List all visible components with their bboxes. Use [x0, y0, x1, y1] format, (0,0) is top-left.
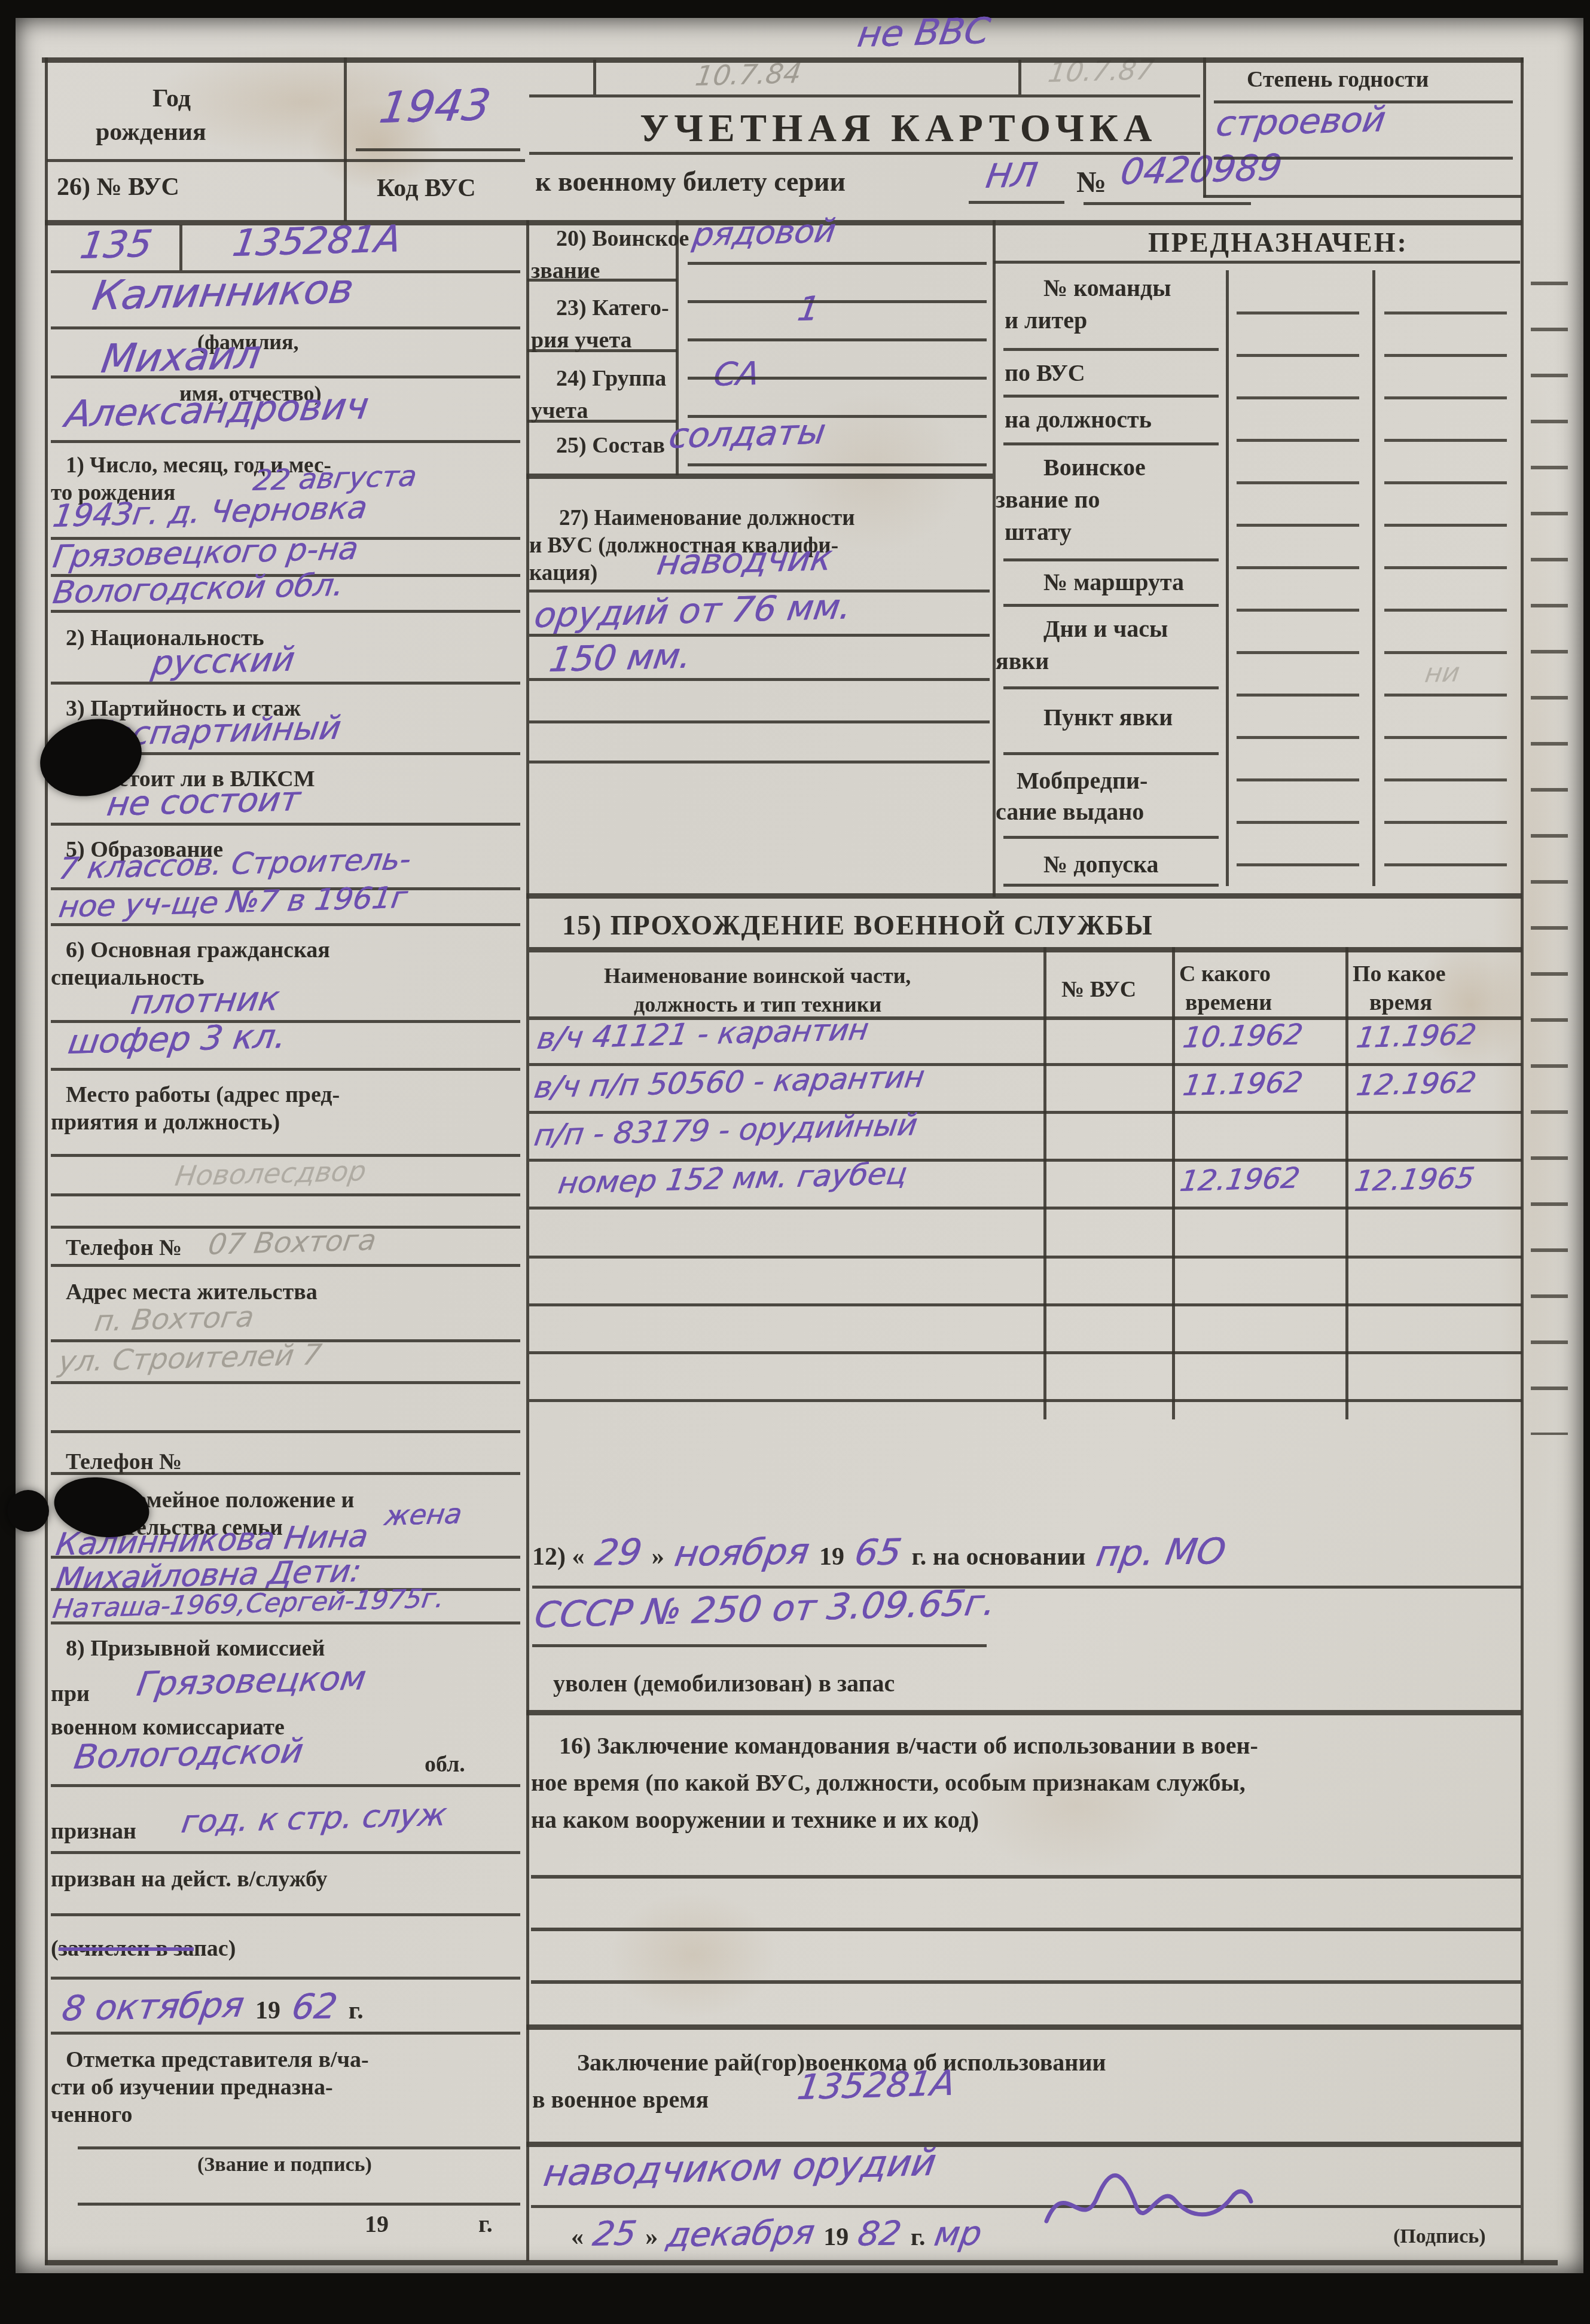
addr-label: Адрес места жительства: [66, 1279, 318, 1305]
s7-label-1: Семейное положение и: [120, 1488, 354, 1513]
service-top-border: [529, 947, 1522, 952]
f23-label-1: 23) Катего-: [556, 295, 669, 321]
reserve-underline: [51, 1977, 520, 1980]
dest-title: ПРЕДНАЗНАЧЕН:: [1148, 227, 1408, 258]
s16-blank-line-3: [531, 1980, 1521, 1984]
f20-label-1: 20) Воинское: [556, 226, 689, 252]
service-blank-line-3: [529, 1351, 1522, 1354]
s12-bottom-line: [526, 1710, 1522, 1715]
service-row2-from: 11.1962: [1181, 1068, 1305, 1100]
s16-blank-line-1: [531, 1875, 1521, 1879]
phone2-underline: [51, 1472, 520, 1475]
service-row2-to: 12.1962: [1354, 1068, 1478, 1100]
birth-year-value: 1943: [377, 83, 493, 129]
hole-punch-2-edge: [7, 1490, 49, 1532]
s8-label-1: 8) Призывной комиссией: [66, 1636, 325, 1662]
sign-caption: (Подпись): [1393, 2225, 1486, 2248]
service-vline-3: [1345, 947, 1348, 1419]
s5-underline-2: [51, 923, 520, 926]
dest-row2-label: по ВУС: [1005, 360, 1085, 387]
dest-row6-label-2: явки: [996, 648, 1049, 675]
f24-label-underline: [527, 420, 677, 423]
f24-value: СА: [712, 358, 761, 391]
title-underline: [529, 152, 1200, 155]
s7-underline-3: [51, 1621, 520, 1624]
s1-hw-line-3: Вологодской обл.: [51, 570, 346, 609]
mid-right-divider: [993, 220, 996, 897]
dest-row8-label-2: сание выдано: [996, 799, 1144, 826]
enlist-date-hw-2: 62: [289, 1986, 340, 2027]
dest-row4-label-2: звание по: [996, 487, 1100, 514]
dest-row5-label: № маршрута: [1043, 569, 1184, 596]
f25-value: солдаты: [667, 414, 828, 453]
f20-label-underline: [527, 279, 677, 282]
birth-year-label: Год: [152, 85, 191, 113]
s8-hw-2: Вологодской: [72, 1734, 305, 1775]
left-column-divider: [526, 220, 529, 2261]
name-underline: [51, 375, 520, 378]
dest-bottom-border: [526, 893, 1522, 899]
signature-scribble: [1040, 2164, 1256, 2242]
service-blank-line-1: [529, 1256, 1522, 1259]
f27-underline-3: [529, 678, 990, 681]
mid-value-line-5: [688, 415, 987, 418]
commissar-d-p4: г.: [911, 2223, 926, 2252]
service-col-from-1: С какого: [1179, 961, 1271, 987]
s2-underline: [51, 682, 520, 685]
pencil-date-1: 10.7.84: [694, 59, 803, 90]
mid-f27-separator: [526, 474, 993, 479]
reserve-open: (: [51, 1936, 59, 1961]
s1-hw-line-1: 1943г. д. Черновка: [51, 492, 369, 532]
birth-year-underline: [356, 148, 520, 151]
commissar-d-p2: »: [645, 2223, 658, 2252]
f27-line-1: наводчик: [655, 540, 834, 580]
mark-label-2: сти об изучении предназна-: [51, 2075, 333, 2100]
rank-underline-1: [78, 2146, 520, 2149]
commissar-hw-line: наводчиком орудий: [541, 2144, 938, 2192]
s8-pre: при: [51, 1681, 90, 1707]
addr-underline-3: [51, 1430, 520, 1433]
service-col-from-2: времени: [1185, 990, 1272, 1016]
s8-hw-3: год. к стр. служ: [179, 1800, 448, 1838]
year-print: 19: [365, 2211, 389, 2238]
surname-value: Калинников: [90, 269, 356, 317]
mid-value-line-1: [688, 262, 987, 265]
s12-hw-month: ноября: [672, 1531, 812, 1575]
series-underline: [969, 201, 1064, 204]
service-row4-line: [529, 1207, 1522, 1210]
military-registration-card-scan: не ВВС 10.7.84 10.7.87 Год рождения 1943…: [0, 0, 1590, 2324]
series-value: НЛ: [984, 159, 1039, 194]
year-suffix: г.: [478, 2211, 493, 2238]
work-underline-2: [51, 1193, 520, 1196]
service-row4-from: 12.1962: [1178, 1163, 1302, 1196]
dest-row2-underline: [1003, 395, 1219, 398]
dates-underline: [529, 94, 1200, 97]
service-row3-line: [529, 1159, 1522, 1162]
mid-value-line-4: [688, 377, 987, 380]
s16-blank-line-2: [531, 1928, 1521, 1931]
commissar-d-hw2: декабря: [664, 2213, 817, 2255]
s8-hw-1: Грязовецком: [135, 1662, 368, 1702]
called-underline: [51, 1913, 520, 1916]
vus-no-value: 135: [78, 225, 154, 264]
mark-label-3: ченного: [51, 2102, 132, 2128]
dest-row3-underline: [1003, 442, 1219, 445]
mid-value-line-3: [688, 338, 987, 341]
pen-note-top: не ВВС: [855, 13, 992, 53]
s1-hw-line-2: Грязовецкого р-на: [51, 533, 360, 573]
dest-row4-underline: [1003, 558, 1219, 561]
mid-value-line-6: [688, 463, 987, 466]
card-title: УЧЕТНАЯ КАРТОЧКА: [640, 106, 1158, 151]
enlist-date-row: 8 октября 19 62 г.: [63, 1986, 364, 2027]
commissar-top-line: [526, 2024, 1522, 2030]
dest-row1-underline: [1003, 348, 1219, 351]
service-row1-from: 10.1962: [1181, 1020, 1305, 1052]
form-bottom-border: [45, 2260, 1558, 2265]
reserve-struck-part: зачислен в за: [59, 1936, 194, 1961]
form-top-border: [42, 57, 1524, 63]
addr-underline-2: [51, 1381, 520, 1384]
enlist-date-hw-1: 8 октября: [59, 1984, 247, 2029]
s6-label-1: 6) Основная гражданская: [66, 937, 330, 963]
addr-line-1: п. Вохтога: [93, 1303, 256, 1336]
f27-label-3: кация): [529, 561, 597, 585]
fitness-value-underline: [1214, 157, 1513, 160]
s16-label-1: 16) Заключение командования в/части об и…: [559, 1733, 1258, 1760]
dest-row4-label-1: Воинское: [1043, 454, 1146, 481]
dest-row1-label-2: и литер: [1005, 307, 1087, 334]
fitness-value: строевой: [1214, 102, 1388, 141]
addr-line-2: ул. Строителей 7: [57, 1340, 324, 1376]
work-label-2: приятия и должность): [51, 1110, 280, 1135]
dest-row8-underline: [1003, 836, 1219, 839]
f27-underline-2: [529, 634, 990, 637]
dest-row8-label-1: Мобпредпи-: [1017, 768, 1148, 795]
number-underline: [1084, 202, 1251, 205]
s8-priznan: признан: [51, 1819, 136, 1844]
called-label: призван на дейст. в/службу: [51, 1867, 328, 1892]
s1-underline-3: [51, 610, 520, 613]
service-col-vus: № ВУС: [1061, 977, 1136, 1003]
topbox-divider: [344, 57, 347, 221]
s12-line-1: 12) « 29 » ноября 19 65 г. на основании …: [532, 1532, 1225, 1574]
dest-row1-label-1: № команды: [1043, 275, 1171, 302]
patronymic-underline: [51, 440, 520, 443]
s1-hw-inline: 22 августа: [251, 462, 419, 495]
commissar-d-p3: 19: [823, 2223, 849, 2252]
rank-underline-2: [78, 2203, 520, 2206]
mark-label-1: Отметка представителя в/ча-: [66, 2047, 369, 2073]
work-label-1: Место работы (адрес пред-: [66, 1082, 340, 1108]
s16-label-2: ное время (по какой ВУС, должности, особ…: [531, 1770, 1246, 1797]
topbox-row-line: [47, 159, 525, 162]
s12-p1: 12) «: [532, 1543, 585, 1571]
reserve-rest: пас): [194, 1936, 236, 1961]
dest-col-divider-1: [1226, 270, 1229, 886]
dest-row5-underline: [1003, 604, 1219, 607]
s6-line-1: плотник: [129, 982, 282, 1020]
s12-p4: г. на основании: [911, 1543, 1085, 1571]
f27-underline-5: [529, 761, 990, 764]
service-row1-to: 11.1962: [1354, 1020, 1478, 1052]
service-row2-line: [529, 1111, 1522, 1114]
service-col-to-1: По какое: [1353, 961, 1446, 987]
reserve-label: (зачислен в запас): [51, 1936, 236, 1962]
s12-p2: »: [652, 1543, 664, 1571]
dest-row6-label-1: Дни и часы: [1043, 616, 1168, 643]
service-vline-2: [1172, 947, 1175, 1419]
phone2-label: Телефон №: [66, 1449, 182, 1475]
dest-row7-label: Пункт явки: [1043, 704, 1173, 731]
f25-label: 25) Состав: [556, 433, 665, 459]
form-left-border: [45, 57, 48, 2265]
number-sign: №: [1076, 165, 1106, 198]
s12-underline-2: [532, 1644, 987, 1647]
dest-row9-underline: [1003, 884, 1219, 887]
service-blank-line-2: [529, 1303, 1522, 1306]
f27-underline-4: [529, 720, 990, 723]
f27-label-1: 27) Наименование должности: [559, 506, 855, 530]
service-blank-line-4: [529, 1399, 1522, 1402]
dest-title-underline: [994, 261, 1520, 264]
fitness-label: Степень годности: [1247, 67, 1429, 93]
commissar-label-2: в военное время: [532, 2087, 709, 2114]
first-name-value: Михаил: [99, 335, 263, 379]
f24-label-1: 24) Группа: [556, 366, 666, 392]
birth-year-label-2: рождения: [96, 118, 206, 146]
service-row1-line: [529, 1063, 1522, 1066]
patronymic-value: Александрович: [63, 387, 371, 433]
right-margin-dashes: [1531, 239, 1568, 1435]
commissar-mid-line: [526, 2142, 1522, 2147]
f27-line-2: орудий от 76 мм.: [532, 589, 853, 633]
s12-underline-1: [532, 1586, 1522, 1589]
vus-code-label: Код ВУС: [377, 175, 476, 203]
s12-p3: 19: [819, 1543, 844, 1571]
f23-label-underline: [527, 349, 677, 352]
fitness-box-left: [1203, 57, 1206, 197]
service-col-to-2: время: [1369, 990, 1432, 1016]
s7-hw-inline: жена: [383, 1500, 463, 1529]
dest-row7-underline: [1003, 752, 1219, 755]
service-vline-1: [1043, 947, 1046, 1419]
s8-underline-2: [51, 1851, 520, 1854]
service-col-unit-1: Наименование воинской части,: [604, 964, 911, 988]
dest-pencil-note: ни: [1423, 659, 1461, 687]
s6-line-2: шофер 3 кл.: [66, 1020, 288, 1059]
service-row1-unit: в/ч 41121 - карантин: [535, 1015, 871, 1053]
s8-obl: обл.: [425, 1752, 465, 1778]
s4-underline: [51, 823, 520, 826]
s16-label-3: на каком вооружении и технике и их код): [531, 1807, 979, 1834]
s12-hw-tail: пр. МО: [1093, 1531, 1228, 1575]
dest-row3-label: на должность: [1005, 407, 1152, 433]
commissar-d-hw4: мр: [932, 2214, 984, 2254]
s6-underline-2: [51, 1068, 520, 1071]
s4-value: не состоит: [105, 783, 302, 822]
mid-value-line-2: [688, 300, 987, 303]
work-pencil-value: Новолесдвор: [173, 1157, 368, 1190]
date-cell-tick-2: [1018, 60, 1021, 94]
s12-hw-year: 65: [852, 1531, 904, 1574]
vus-code-value: 135281А: [230, 220, 404, 262]
dest-value-dashes-col2: [1384, 272, 1507, 885]
dest-col-divider-2: [1372, 270, 1375, 886]
enlist-date-print-1: 19: [255, 1996, 280, 2025]
date-cell-tick-1: [593, 60, 596, 94]
service-heading: 15) ПРОХОЖДЕНИЕ ВОЕННОЙ СЛУЖБЫ: [562, 910, 1153, 941]
vus-row-tick: [179, 225, 182, 270]
dest-value-dashes-col1: [1237, 272, 1359, 885]
number-value: 0420989: [1118, 150, 1284, 190]
phone1-label: Телефон №: [66, 1235, 182, 1261]
dest-row9-label: № допуска: [1043, 851, 1158, 878]
dest-row6-underline: [1003, 686, 1219, 689]
vus-no-label: 26) № ВУС: [57, 173, 179, 201]
commissar-d-p1: «: [571, 2223, 584, 2252]
f27-line-3: 150 мм.: [547, 638, 694, 677]
phone1-value: 07 Вохтога: [206, 1226, 378, 1259]
commissar-hw-code: 135281А: [795, 2066, 957, 2105]
card-subtitle: к военному билету серии: [535, 166, 846, 197]
f20-value: рядовой: [691, 215, 838, 251]
dest-row4-label-3: штату: [1005, 519, 1072, 546]
fitness-box-bottom: [1203, 195, 1522, 198]
s2-value: русский: [149, 643, 297, 680]
s12-label: уволен (демобилизован) в запас: [553, 1671, 895, 1697]
s8-underline-1: [51, 1784, 520, 1787]
enlist-date-underline: [51, 2032, 520, 2035]
surname-underline: [51, 326, 520, 329]
commissar-d-hw3: 82: [855, 2214, 904, 2253]
rank-caption: (Звание и подпись): [197, 2154, 372, 2176]
s12-hw-day: 29: [592, 1531, 644, 1574]
commissar-d-hw1: 25: [590, 2214, 639, 2253]
commissar-date-row: « 25 » декабря 19 82 г. мр: [571, 2215, 981, 2253]
service-row4-to: 12.1965: [1353, 1163, 1476, 1196]
enlist-date-print-2: г.: [349, 1996, 364, 2025]
commissar-underline: [531, 2205, 1521, 2208]
phone1-underline: [51, 1264, 520, 1267]
